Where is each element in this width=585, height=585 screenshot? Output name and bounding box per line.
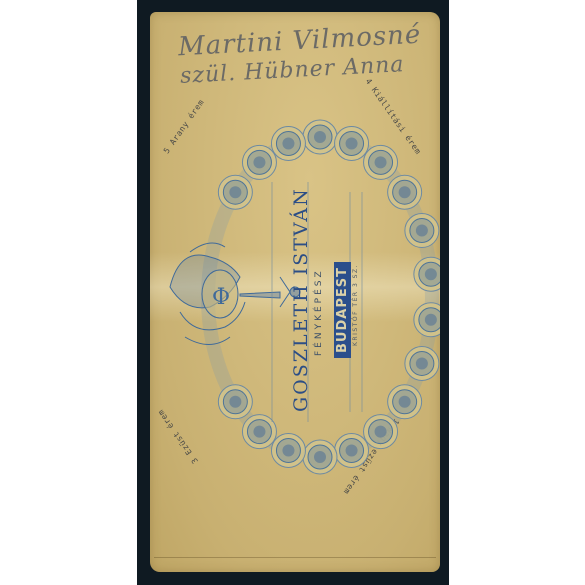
monogram-crest-icon: Φ	[170, 243, 300, 345]
profession-label: FÉNYKÉPÉSZ	[314, 268, 324, 356]
photographer-name: GOSZLETH ISTVÁN	[290, 187, 312, 412]
city-label: BUDAPEST	[334, 262, 351, 358]
photo-card-back: Martini Vilmosné szül. Hübner Anna 5 Ara…	[150, 12, 440, 572]
studio-address: KRISTÓF TÉR 3 SZ.	[352, 264, 359, 346]
medallion-ring	[208, 120, 440, 474]
svg-text:Φ: Φ	[212, 285, 230, 310]
